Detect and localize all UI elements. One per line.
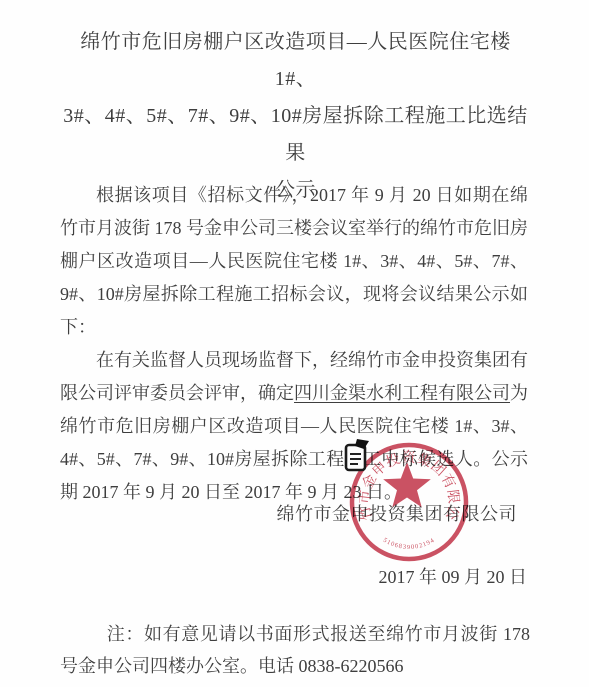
- seal-code-text: 5106839002194: [382, 537, 436, 551]
- paragraph-meeting-info: 根据该项目《招标文件》，2017 年 9 月 20 日如期在绵竹市月波街 178…: [60, 179, 528, 344]
- title-line-1: 绵竹市危旧房棚户区改造项目—人民医院住宅楼 1#、: [58, 24, 533, 98]
- public-notice-document: 绵竹市危旧房棚户区改造项目—人民医院住宅楼 1#、 3#、4#、5#、7#、9#…: [0, 0, 589, 687]
- clipboard-icon: [342, 438, 372, 474]
- signature-date: 2017 年 09 月 20 日: [379, 563, 528, 589]
- title-line-2: 3#、4#、5#、7#、9#、10#房屋拆除工程施工比选结果: [58, 98, 533, 172]
- winner-company-name: 四川金渠水利工程有限公司: [294, 383, 510, 403]
- footer-note: 注：如有意见请以书面形式报送至绵竹市月波街 178 号金申公司四楼办公室。电话 …: [60, 618, 530, 682]
